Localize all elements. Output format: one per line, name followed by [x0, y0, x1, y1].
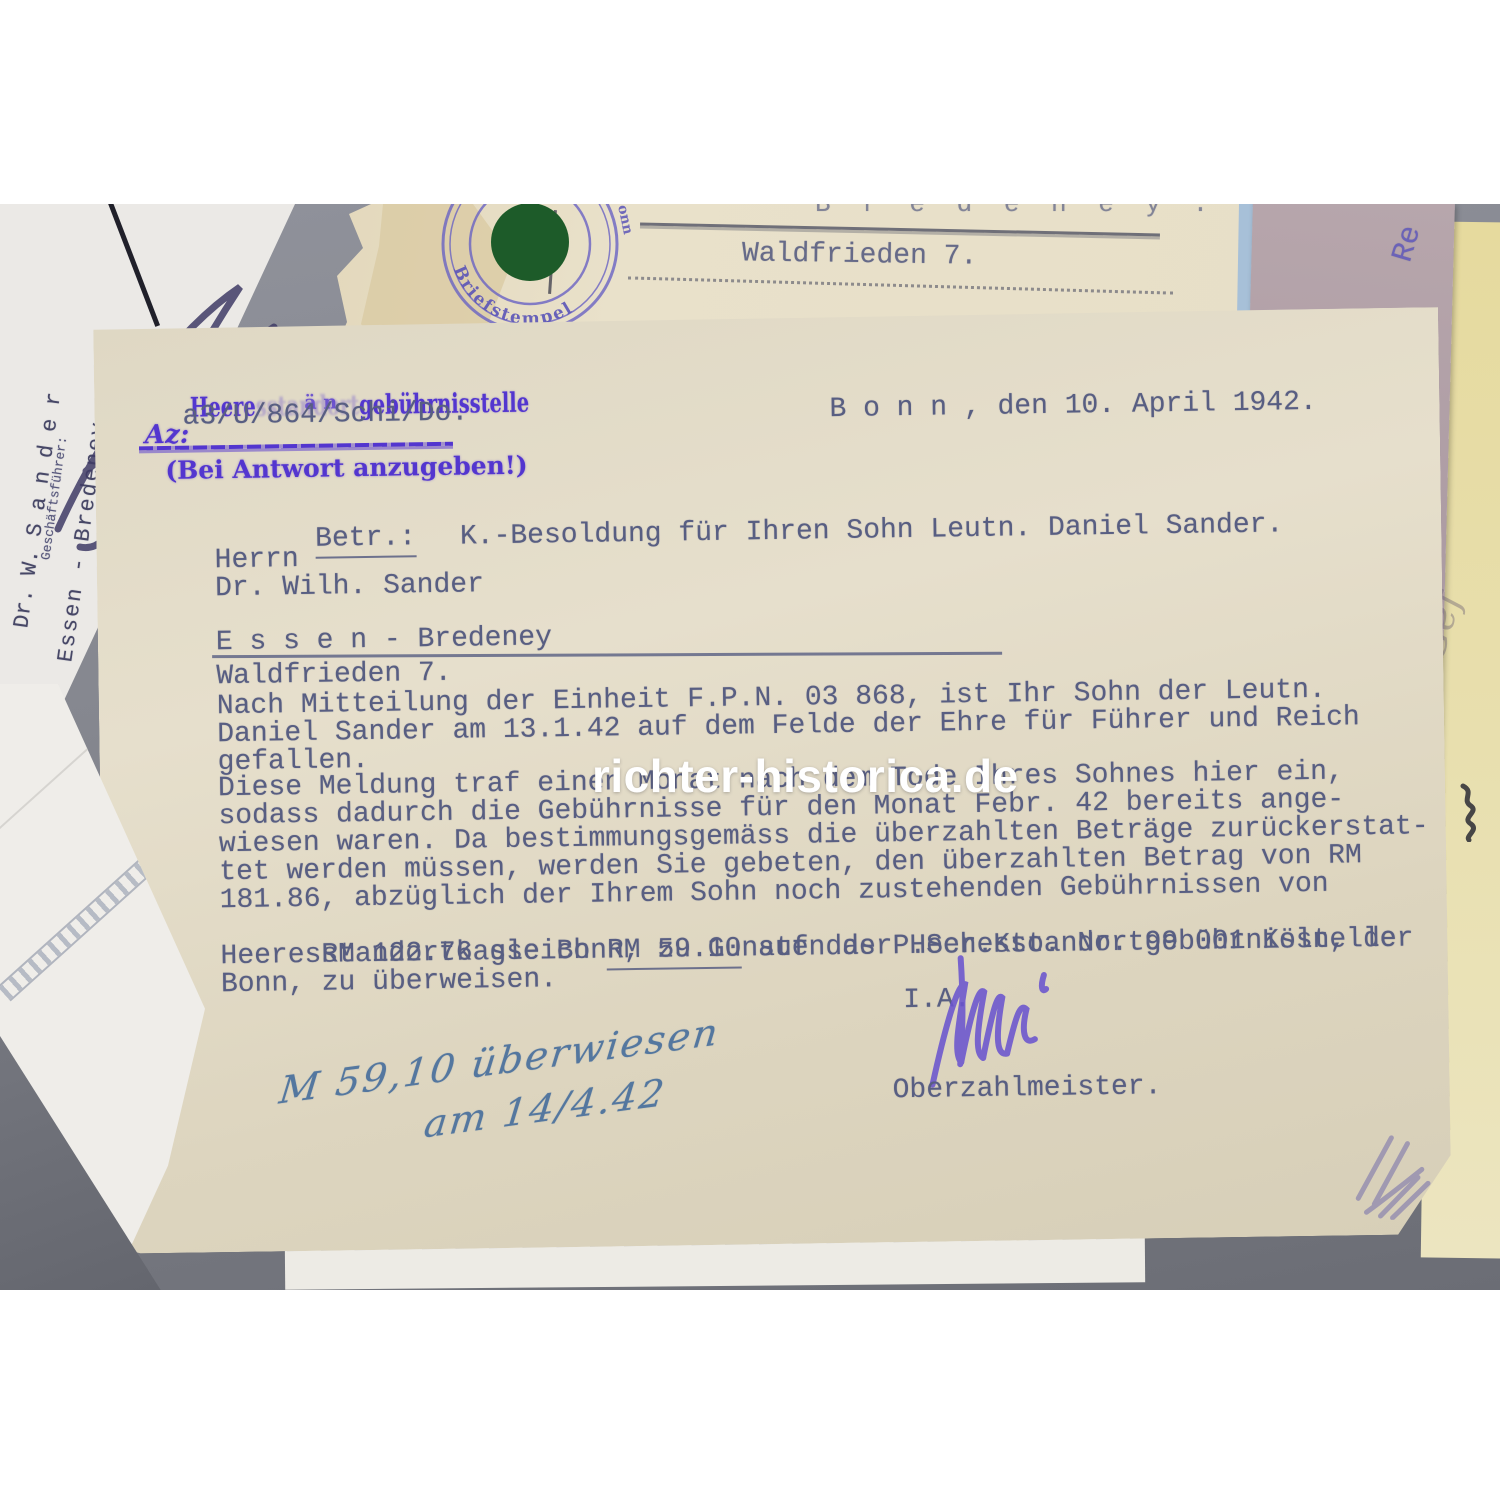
ink-blot-squiggle — [1455, 782, 1483, 842]
address-city: E s s e n - Bredeney — [216, 624, 552, 657]
date-line: B o n n , den 10. April 1942. — [829, 389, 1317, 424]
file-reference: a3/U/864/Schi/Do. — [182, 399, 468, 431]
address-street: Waldfrieden 7. — [216, 660, 452, 691]
subject-text: K.-Besoldung für Ihren Sohn Leutn. Danie… — [460, 509, 1284, 552]
letterhead-street-line: Waldfrieden 7. — [742, 240, 978, 271]
addressee-name: Dr. Wilh. Sander — [215, 571, 484, 603]
closing-role: Oberzahlmeister. — [892, 1073, 1161, 1105]
salutation: Herrn — [214, 546, 298, 575]
watermark-text: richter-historica.de — [592, 749, 1019, 803]
photo-of-documents: Dr. W. S a n d e r Essen - Bredeney Gesc… — [0, 204, 1500, 1290]
body-line: Bonn, zu überweisen. — [221, 966, 557, 999]
rotated-typed-fragment: Re — [1389, 223, 1426, 265]
postmark-green-dot — [491, 204, 569, 281]
reply-note-stamp: (Bei Antwort anzugeben!) — [165, 451, 528, 485]
subject-label: Betr.: — [315, 522, 416, 558]
subject-line: Betr.:K.-Besoldung für Ihren Sohn Leutn.… — [214, 483, 1284, 583]
circular-postmark-stamp: Briefstempel onn — [425, 204, 640, 341]
partial-address-line: B r e d e n e y . — [815, 204, 1216, 218]
